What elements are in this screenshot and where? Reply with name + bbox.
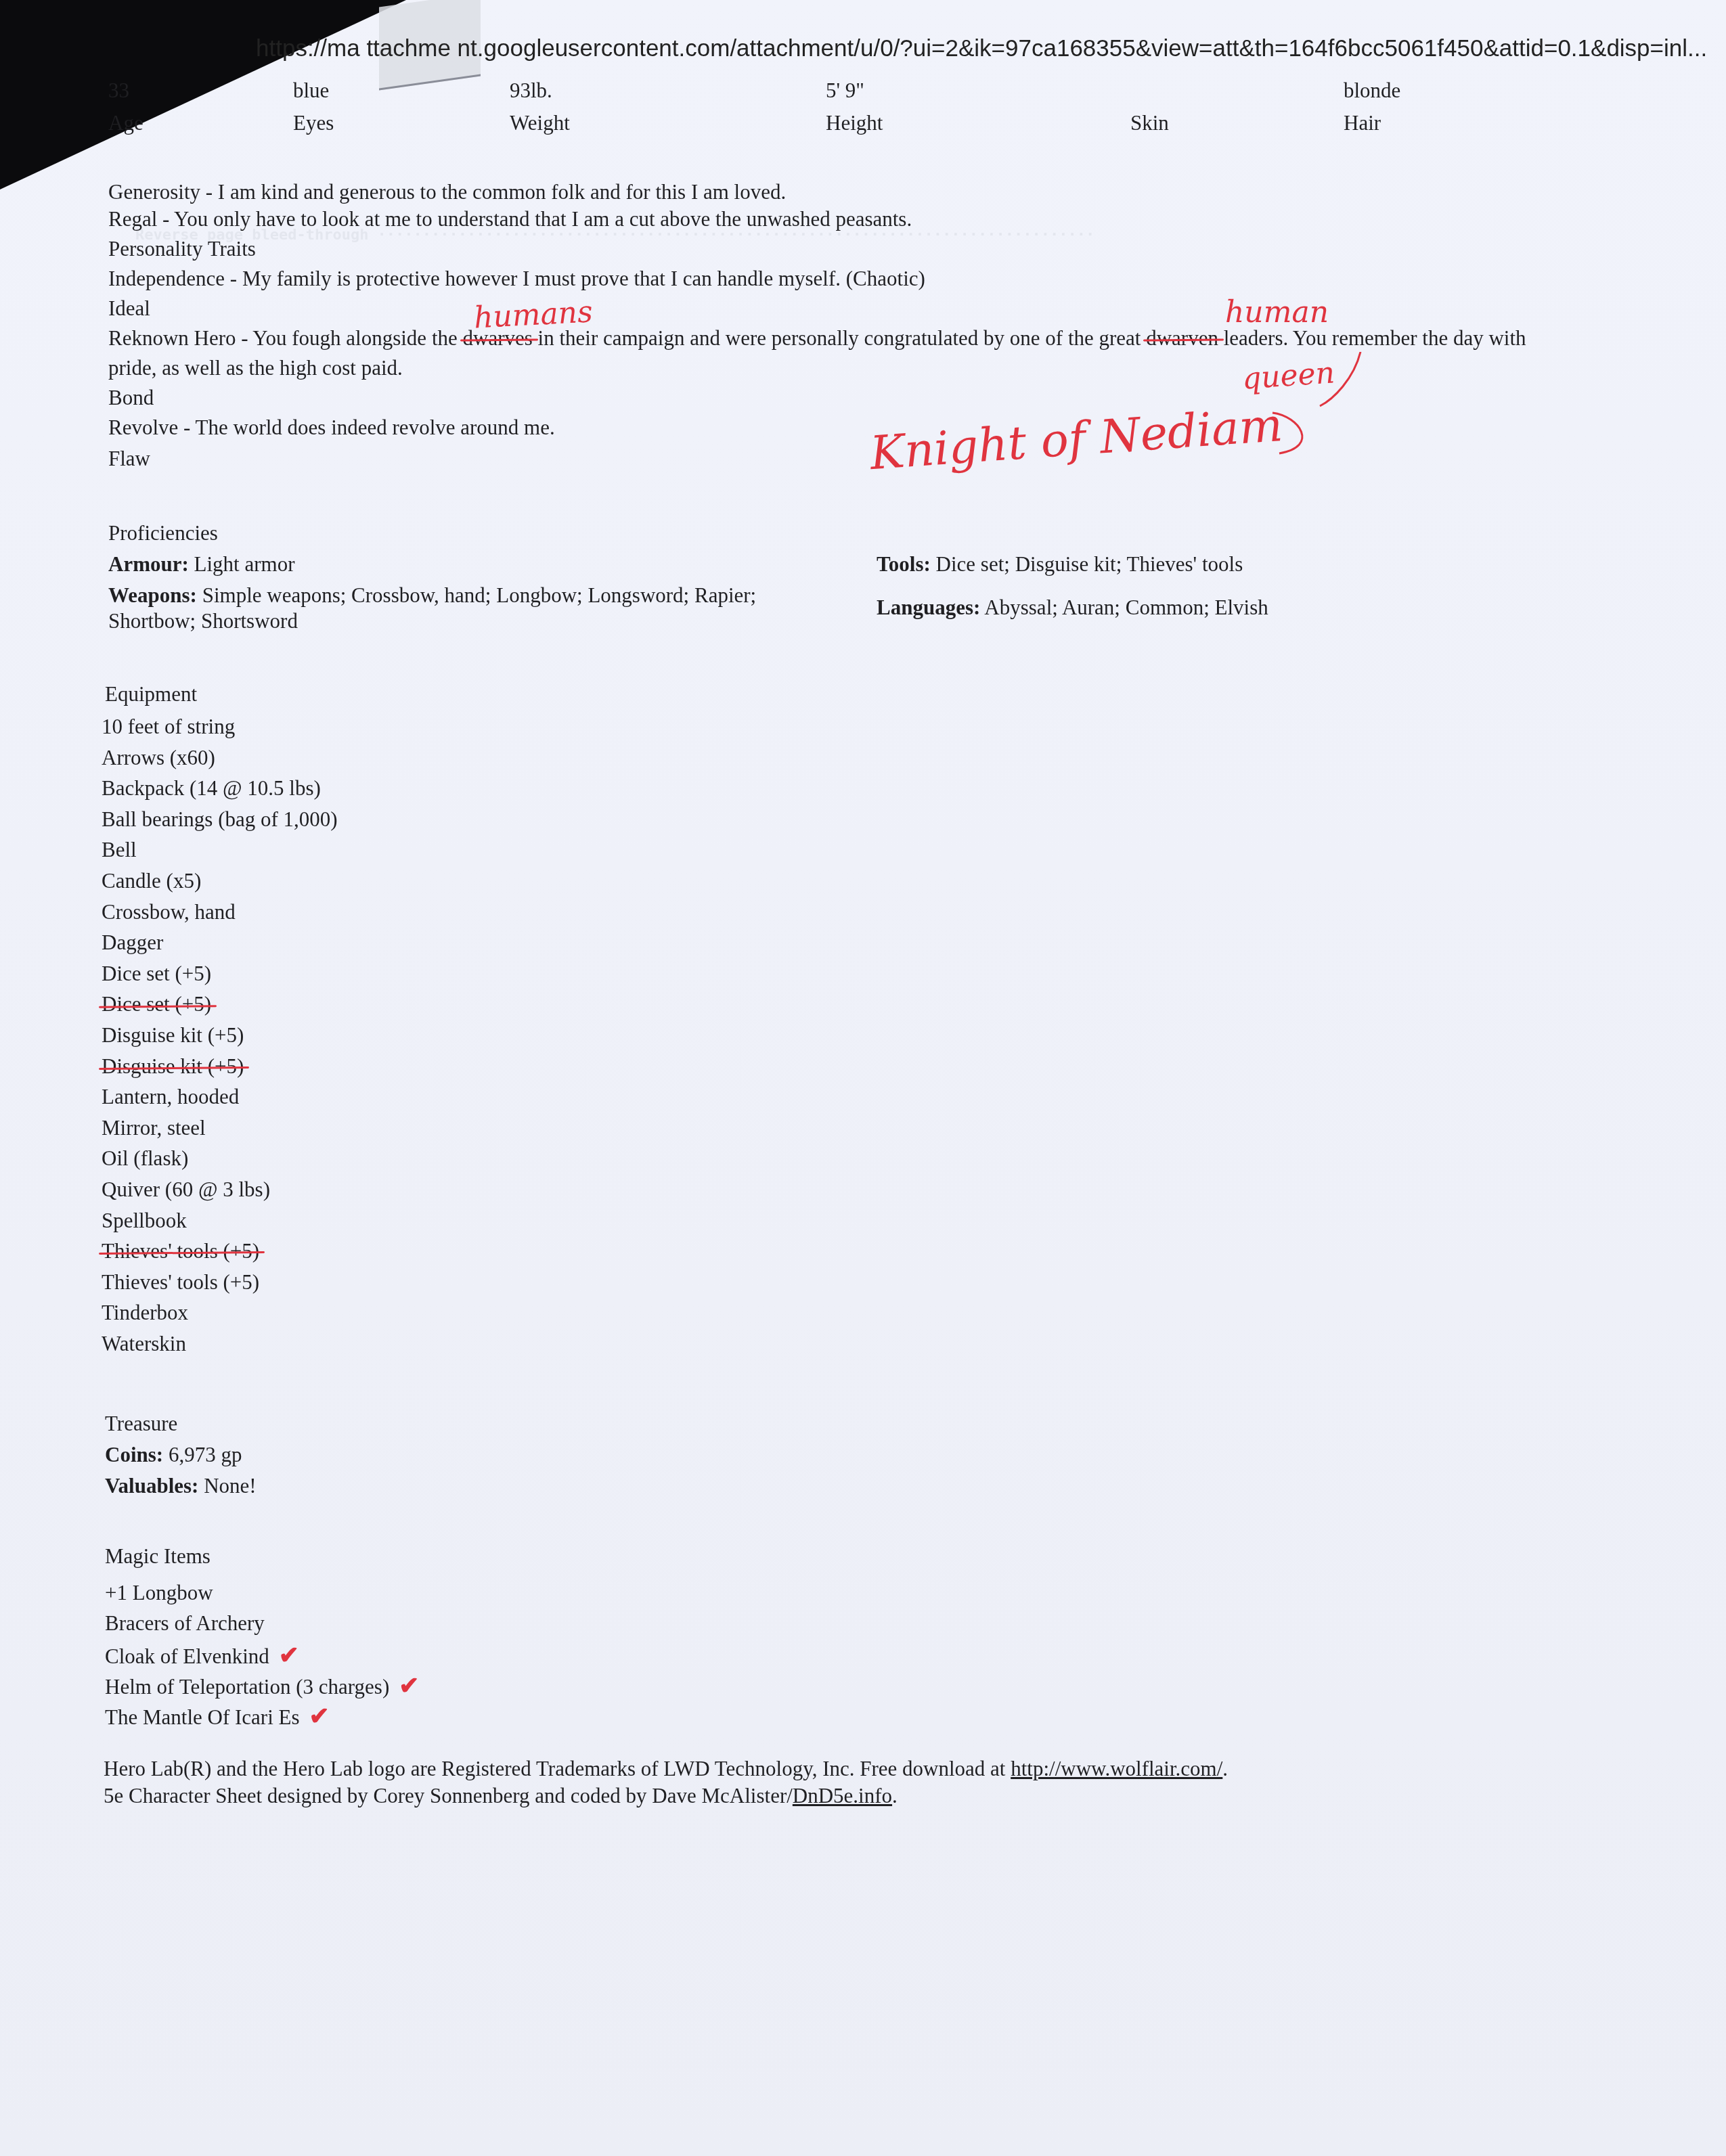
checkmark-icon: ✔ — [309, 1703, 330, 1730]
coins-value: 6,973 gp — [163, 1443, 242, 1466]
page-corner-shadow — [0, 0, 406, 189]
coins-label: Coins: — [105, 1443, 163, 1466]
scanned-page: Reverse page bleed-through ·············… — [0, 0, 1726, 2156]
equipment-item: Disguise kit (+5) — [102, 1056, 244, 1077]
languages-value: Abyssal; Auran; Common; Elvish — [980, 596, 1268, 619]
equipment-item: Mirror, steel — [102, 1117, 206, 1138]
footer-line2-text: 5e Character Sheet designed by Corey Son… — [104, 1784, 793, 1807]
struck-dwarven: dwarven — [1146, 326, 1218, 350]
trait-generosity: Generosity - I am kind and generous to t… — [108, 181, 786, 202]
footer-credits: 5e Character Sheet designed by Corey Son… — [104, 1785, 898, 1806]
tools-label: Tools: — [877, 552, 931, 576]
annotation-humans: humans — [473, 294, 594, 335]
equipment-item: Crossbow, hand — [102, 901, 236, 922]
ideal-label: Ideal — [108, 298, 150, 319]
equipment-text: Spellbook — [102, 1209, 187, 1232]
equipment-item: Backpack (14 @ 10.5 lbs) — [102, 778, 321, 799]
equipment-text: Lantern, hooded — [102, 1085, 239, 1108]
hair-value: blonde — [1344, 80, 1400, 101]
equipment-item: Thieves' tools (+5) — [102, 1272, 259, 1293]
equipment-text: Tinderbox — [102, 1301, 188, 1324]
languages-label: Languages: — [877, 596, 980, 619]
equipment-text: Backpack (14 @ 10.5 lbs) — [102, 776, 321, 800]
equipment-text: Bell — [102, 838, 137, 861]
equipment-text: 10 feet of string — [102, 715, 235, 738]
equipment-text: Mirror, steel — [102, 1116, 206, 1140]
bond-part-1: Reknown Hero - You fough alongside the — [108, 326, 463, 350]
equipment-item: Tinderbox — [102, 1302, 188, 1323]
valuables-row: Valuables: None! — [105, 1475, 257, 1496]
armour-label: Armour: — [108, 552, 189, 576]
dnd5e-link[interactable]: DnD5e.info — [793, 1784, 892, 1807]
weight-label: Weight — [510, 112, 570, 133]
equipment-title: Equipment — [105, 683, 197, 704]
equipment-item: Dice set (+5) — [102, 993, 211, 1014]
struck-equipment-text: Disguise kit (+5) — [102, 1054, 244, 1078]
equipment-item: Oil (flask) — [102, 1148, 188, 1169]
equipment-item: 10 feet of string — [102, 716, 235, 737]
equipment-item: Dagger — [102, 932, 163, 953]
age-value: 33 — [108, 80, 129, 101]
weapons-value: Simple weapons; Crossbow, hand; Longbow;… — [197, 583, 756, 607]
magic-item: Bracers of Archery — [105, 1613, 265, 1634]
equipment-item: Bell — [102, 839, 137, 860]
hair-label: Hair — [1344, 112, 1381, 133]
annotation-knight-of-nediam: Knight of Nediam — [868, 399, 1284, 480]
magic-item-text: Bracers of Archery — [105, 1611, 265, 1635]
equipment-text: Dice set (+5) — [102, 962, 211, 985]
magic-item-text: Cloak of Elvenkind — [105, 1644, 269, 1668]
bond-part-3: leaders. You remember the day with — [1218, 326, 1526, 350]
tools-value: Dice set; Disguise kit; Thieves' tools — [931, 552, 1243, 576]
weight-value: 93lb. — [510, 80, 552, 101]
url-header: https://ma ttachme nt.googleusercontent.… — [256, 35, 1707, 62]
equipment-item: Thieves' tools (+5) — [102, 1240, 259, 1261]
magic-item-text: The Mantle Of Icari Es — [105, 1705, 300, 1729]
magic-item: The Mantle Of Icari Es✔ — [105, 1704, 330, 1728]
equipment-text: Candle (x5) — [102, 869, 201, 893]
equipment-text: Ball bearings (bag of 1,000) — [102, 807, 338, 831]
bond-label: Bond — [108, 387, 154, 408]
equipment-text: Disguise kit (+5) — [102, 1023, 244, 1047]
trait-regal: Regal - You only have to look at me to u… — [108, 208, 912, 229]
equipment-text: Dagger — [102, 930, 163, 954]
languages-row: Languages: Abyssal; Auran; Common; Elvis… — [877, 597, 1268, 618]
magic-item-text: +1 Longbow — [105, 1581, 213, 1604]
skin-label: Skin — [1130, 112, 1169, 133]
personality-traits-label: Personality Traits — [108, 238, 256, 259]
age-label: Age — [108, 112, 143, 133]
equipment-text: Arrows (x60) — [102, 746, 215, 769]
flaw-label: Flaw — [108, 448, 150, 469]
equipment-item: Lantern, hooded — [102, 1086, 239, 1107]
magic-item: Helm of Teleportation (3 charges)✔ — [105, 1674, 419, 1698]
valuables-label: Valuables: — [105, 1474, 198, 1498]
proficiencies-title: Proficiencies — [108, 522, 218, 543]
ideal-text: Independence - My family is protective h… — [108, 268, 925, 289]
bond-text-line2: pride, as well as the high cost paid. — [108, 357, 403, 378]
equipment-item: Arrows (x60) — [102, 747, 215, 768]
equipment-item: Spellbook — [102, 1210, 187, 1231]
tools-row: Tools: Dice set; Disguise kit; Thieves' … — [877, 554, 1243, 575]
armour-row: Armour: Light armor — [108, 554, 294, 575]
magic-item: +1 Longbow — [105, 1582, 213, 1603]
eyes-label: Eyes — [293, 112, 334, 133]
weapons-row: Weapons: Simple weapons; Crossbow, hand;… — [108, 585, 756, 606]
equipment-text: Oil (flask) — [102, 1146, 188, 1170]
equipment-text: Crossbow, hand — [102, 900, 236, 924]
height-value: 5' 9" — [826, 80, 864, 101]
equipment-item: Waterskin — [102, 1333, 186, 1354]
armour-value: Light armor — [189, 552, 295, 576]
bond-text-line1: Reknown Hero - You fough alongside the d… — [108, 328, 1526, 349]
equipment-text: Thieves' tools (+5) — [102, 1270, 259, 1294]
footer-line1-end: . — [1222, 1757, 1228, 1780]
magic-item: Cloak of Elvenkind✔ — [105, 1643, 299, 1667]
equipment-text: Quiver (60 @ 3 lbs) — [102, 1177, 270, 1201]
equipment-item: Dice set (+5) — [102, 963, 211, 984]
struck-equipment-text: Thieves' tools (+5) — [102, 1239, 259, 1263]
magic-items-title: Magic Items — [105, 1546, 211, 1567]
valuables-value: None! — [198, 1474, 256, 1498]
equipment-item: Ball bearings (bag of 1,000) — [102, 809, 338, 830]
equipment-item: Quiver (60 @ 3 lbs) — [102, 1179, 270, 1200]
weapons-label: Weapons: — [108, 583, 197, 607]
struck-equipment-text: Dice set (+5) — [102, 992, 211, 1016]
wolflair-link[interactable]: http://www.wolflair.com/ — [1011, 1757, 1222, 1780]
equipment-item: Candle (x5) — [102, 870, 201, 891]
equipment-text: Waterskin — [102, 1332, 186, 1355]
flaw-text: Revolve - The world does indeed revolve … — [108, 417, 555, 438]
footer-line1-text: Hero Lab(R) and the Hero Lab logo are Re… — [104, 1757, 1011, 1780]
coins-row: Coins: 6,973 gp — [105, 1444, 242, 1465]
footer-trademark: Hero Lab(R) and the Hero Lab logo are Re… — [104, 1758, 1228, 1779]
equipment-item: Disguise kit (+5) — [102, 1025, 244, 1046]
weapons-row-2: Shortbow; Shortsword — [108, 610, 298, 631]
footer-line2-end: . — [892, 1784, 898, 1807]
checkmark-icon: ✔ — [279, 1642, 299, 1669]
height-label: Height — [826, 112, 883, 133]
annotation-human: human — [1225, 295, 1329, 330]
eyes-value: blue — [293, 80, 329, 101]
bond-part-2: in their campaign and were personally co… — [533, 326, 1146, 350]
magic-item-text: Helm of Teleportation (3 charges) — [105, 1675, 389, 1699]
checkmark-icon: ✔ — [399, 1672, 419, 1699]
treasure-title: Treasure — [105, 1413, 177, 1434]
